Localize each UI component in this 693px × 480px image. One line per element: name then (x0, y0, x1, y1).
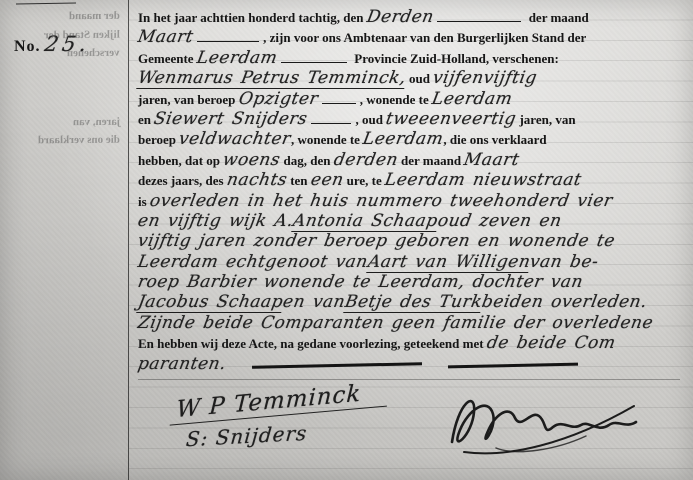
text-line: roep Barbier wonende te Leerdam, dochter… (138, 272, 685, 292)
margin-column: No. 25. der maandlijken Stand derversche… (0, 0, 128, 480)
text-line: Wenmarus Petrus Temminck, oud vijfenvijf… (138, 68, 685, 88)
text-line: Zijnde beide Comparanten geen familie de… (138, 313, 685, 333)
handwritten-text: derden (332, 150, 400, 170)
handwritten-text: paranten. (136, 354, 228, 374)
handwritten-text: Leerdam (361, 129, 445, 149)
printed-text: en (138, 112, 154, 127)
text-line: en Siewert Snijders, oud tweeenveertig j… (138, 109, 685, 129)
printed-text: dag, den (280, 153, 333, 168)
printed-text: , wonende te (291, 132, 363, 147)
handwritten-text: Jacobus Schaap (136, 292, 285, 313)
printed-text: ure, te (343, 173, 385, 188)
bleedthrough-line: jaren, van (72, 116, 120, 128)
act-number-prefix: No. (14, 38, 41, 55)
handwritten-text: een (309, 170, 345, 190)
handwritten-text: Leerdam (430, 89, 514, 109)
printed-text: jaren, van (516, 112, 575, 127)
printed-text: der maand (398, 153, 465, 168)
handwritten-text: van be- (528, 252, 600, 272)
handwritten-text: Wenmarus Petrus Temminck, (136, 68, 408, 89)
handwritten-text: roep Barbier wonende te Leerdam, dochter… (136, 272, 585, 292)
handwritten-text: Siewert Snijders (152, 109, 309, 129)
text-line: Jacobus Schaap en van Betje des Turk bei… (138, 292, 685, 312)
handwritten-text: Leerdam nieuwstraat (383, 170, 583, 190)
handwritten-text: Leerdam (195, 48, 279, 68)
handwritten-text: Opzigter (237, 89, 320, 109)
printed-text: En hebben wij deze Acte, na gedane voorl… (138, 336, 487, 351)
handwritten-text: oud zeven en (436, 211, 563, 231)
registrar-signature-flourish (436, 384, 671, 466)
handwritten-text: overleden in het huis nummero tweehonder… (148, 191, 614, 211)
text-line: vijftig jaren zonder beroep geboren en w… (138, 231, 685, 251)
text-line: hebben, dat op woens dag, den derden der… (138, 150, 685, 170)
printed-text: dezes jaars, des (138, 173, 227, 188)
act-text: In het jaar achttien honderd tachtig, de… (138, 7, 685, 374)
handwritten-text: veldwachter (177, 129, 292, 149)
printed-text: , zijn voor ons Ambtenaar van den Burger… (263, 30, 586, 45)
handwritten-text: beiden overleden. (480, 292, 649, 312)
handwritten-text: en vijftig wijk A. (136, 211, 295, 231)
handwritten-text: Antonia Schaap (291, 211, 439, 232)
printed-text: Provincie Zuid-Holland, verschenen: (351, 51, 559, 66)
handwritten-text: Betje des Turk (343, 292, 484, 313)
handwritten-text: de beide Com (485, 333, 617, 353)
handwritten-text: vijftig jaren zonder beroep geboren en w… (136, 231, 616, 251)
filler-dash (322, 90, 356, 104)
printed-text: beroep (138, 132, 179, 147)
text-line: En hebben wij deze Acte, na gedane voorl… (138, 333, 685, 353)
handwritten-text: Derden (365, 7, 435, 27)
handwritten-text: en van (281, 292, 347, 312)
fill-in-blank (437, 8, 521, 22)
death-record-scan: No. 25. der maandlijken Stand derversche… (0, 0, 693, 480)
text-line: en vijftig wijk A. Antonia Schaap oud ze… (138, 211, 685, 231)
closing-rule (138, 379, 680, 380)
printed-text: oud (406, 71, 433, 86)
bleedthrough-line: verschenen (67, 47, 120, 59)
bleedthrough-line: der maand (69, 10, 120, 22)
text-line: Gemeente Leerdam Provincie Zuid-Holland,… (138, 48, 685, 68)
text-line: is overleden in het huis nummero tweehon… (138, 191, 685, 211)
text-line: paranten. (138, 354, 685, 374)
printed-text: jaren, van beroep (138, 92, 239, 107)
text-line: jaren, van beroep Opzigter, wonende te L… (138, 89, 685, 109)
handwritten-text: Maart (462, 150, 521, 170)
filler-dash (311, 110, 351, 124)
printed-text: In het jaar achttien honderd tachtig, de… (138, 10, 367, 25)
bleedthrough-line: die ons verklaard (38, 134, 120, 147)
fill-in-blank (197, 28, 259, 42)
printed-text: ten (287, 173, 311, 188)
act-body: In het jaar achttien honderd tachtig, de… (129, 0, 693, 480)
handwritten-text: vijfenvijftig (431, 68, 538, 88)
fill-in-blank (281, 49, 347, 63)
printed-text: , wonende te (360, 92, 432, 107)
bleedthrough-line: lijken Stand der (44, 29, 120, 42)
handwritten-text: nachts (225, 170, 289, 190)
text-line: beroep veldwachter, wonende te Leerdam, … (138, 129, 685, 149)
text-line: dezes jaars, des nachts ten een ure, te … (138, 170, 685, 190)
text-line: Leerdam echtgenoot van Aart van Willigen… (138, 252, 685, 272)
printed-text: , die ons verklaard (443, 132, 546, 147)
handwritten-text: Zijnde beide Comparanten geen familie de… (136, 313, 655, 333)
text-line: In het jaar achttien honderd tachtig, de… (138, 7, 685, 27)
signature-block: W P Temminck S: Snijders (138, 388, 685, 466)
printed-text: Gemeente (138, 51, 197, 66)
closing-stroke (448, 362, 578, 367)
witness-signatures: W P Temminck S: Snijders (146, 388, 388, 448)
act-number-underline (16, 2, 76, 4)
handwritten-text: Leerdam echtgenoot van (136, 252, 369, 272)
handwritten-text: Aart van Willigen (366, 252, 532, 273)
witness-signature-2: S: Snijders (185, 421, 308, 452)
text-line: Maart, zijn voor ons Ambtenaar van den B… (138, 27, 685, 47)
handwritten-text: tweeenveertig (384, 109, 518, 129)
printed-text: der maand (525, 10, 588, 25)
closing-stroke (252, 362, 422, 368)
printed-text: , oud (355, 112, 386, 127)
handwritten-text: Maart (136, 27, 195, 47)
printed-text: hebben, dat op (138, 153, 223, 168)
handwritten-text: woens (221, 150, 282, 170)
